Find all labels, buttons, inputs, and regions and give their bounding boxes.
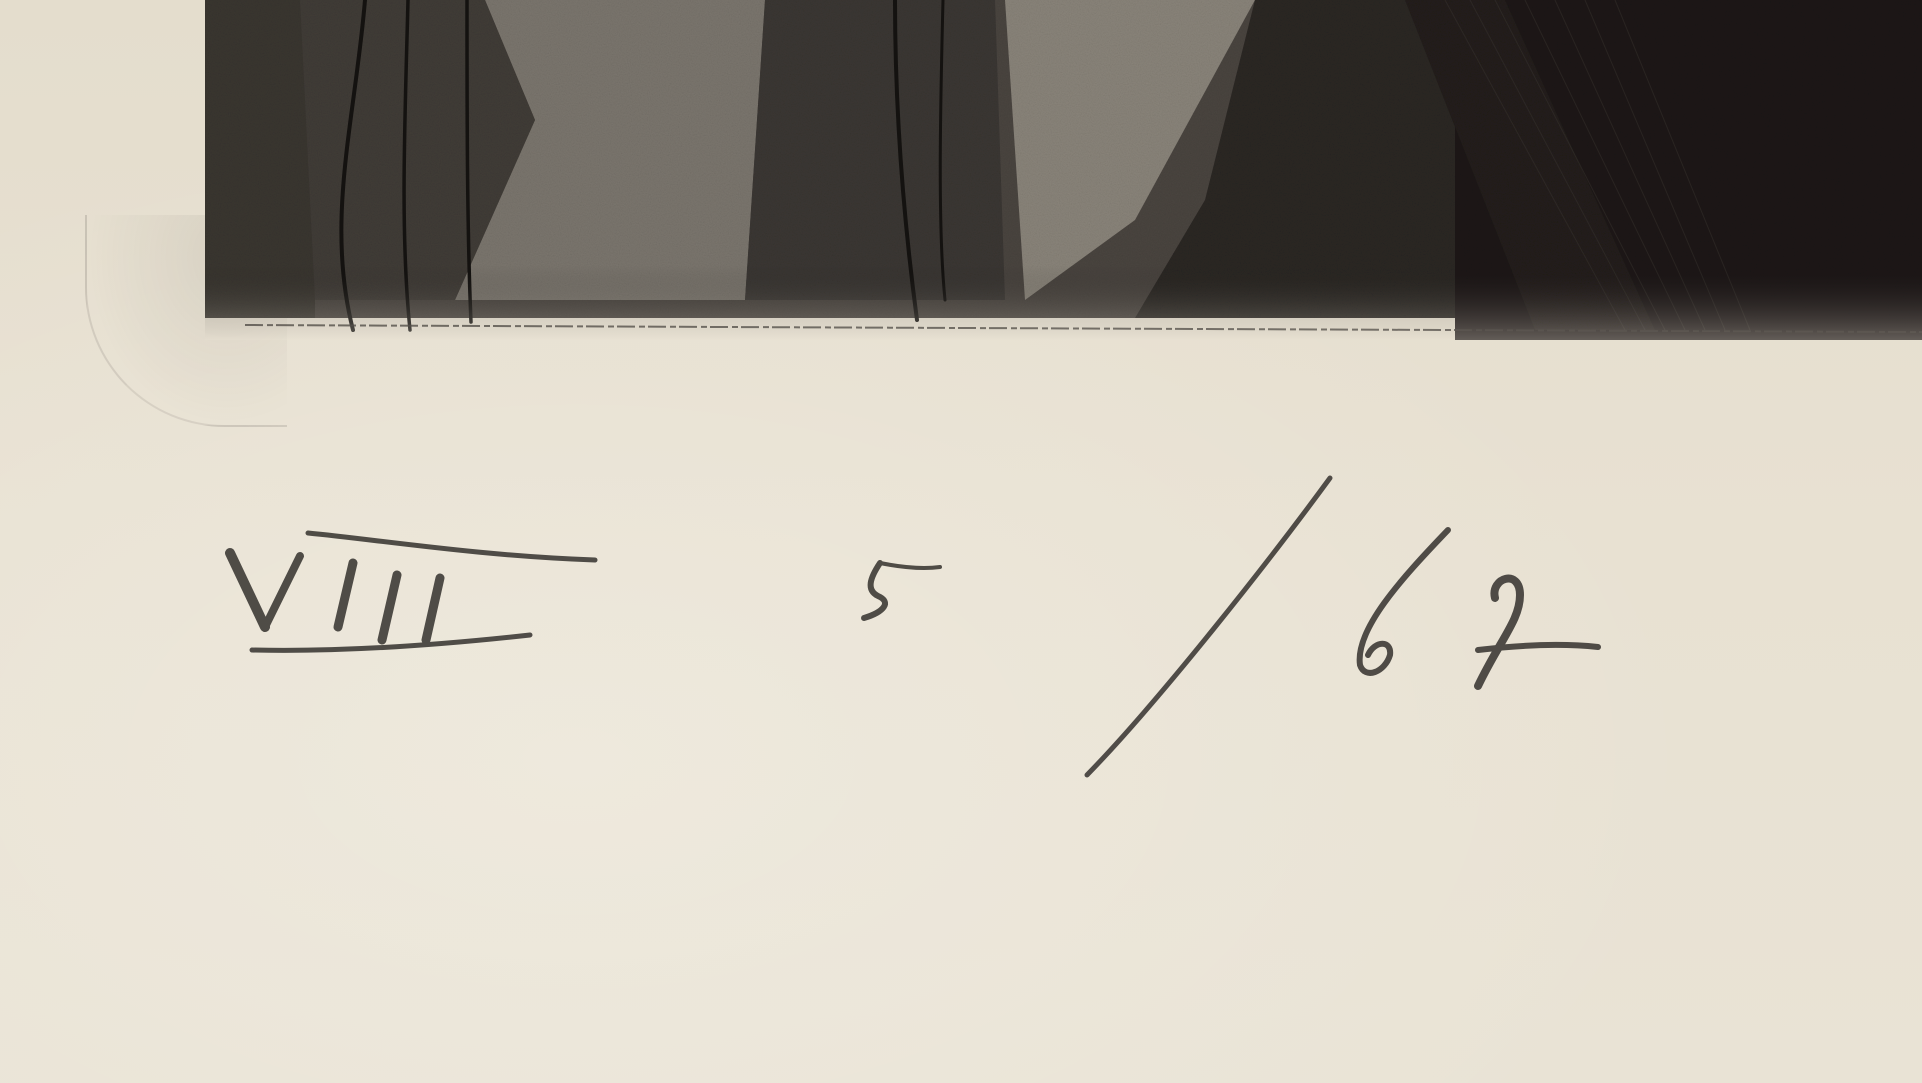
plate-image xyxy=(205,0,1922,340)
printed-image-area xyxy=(205,0,1922,340)
